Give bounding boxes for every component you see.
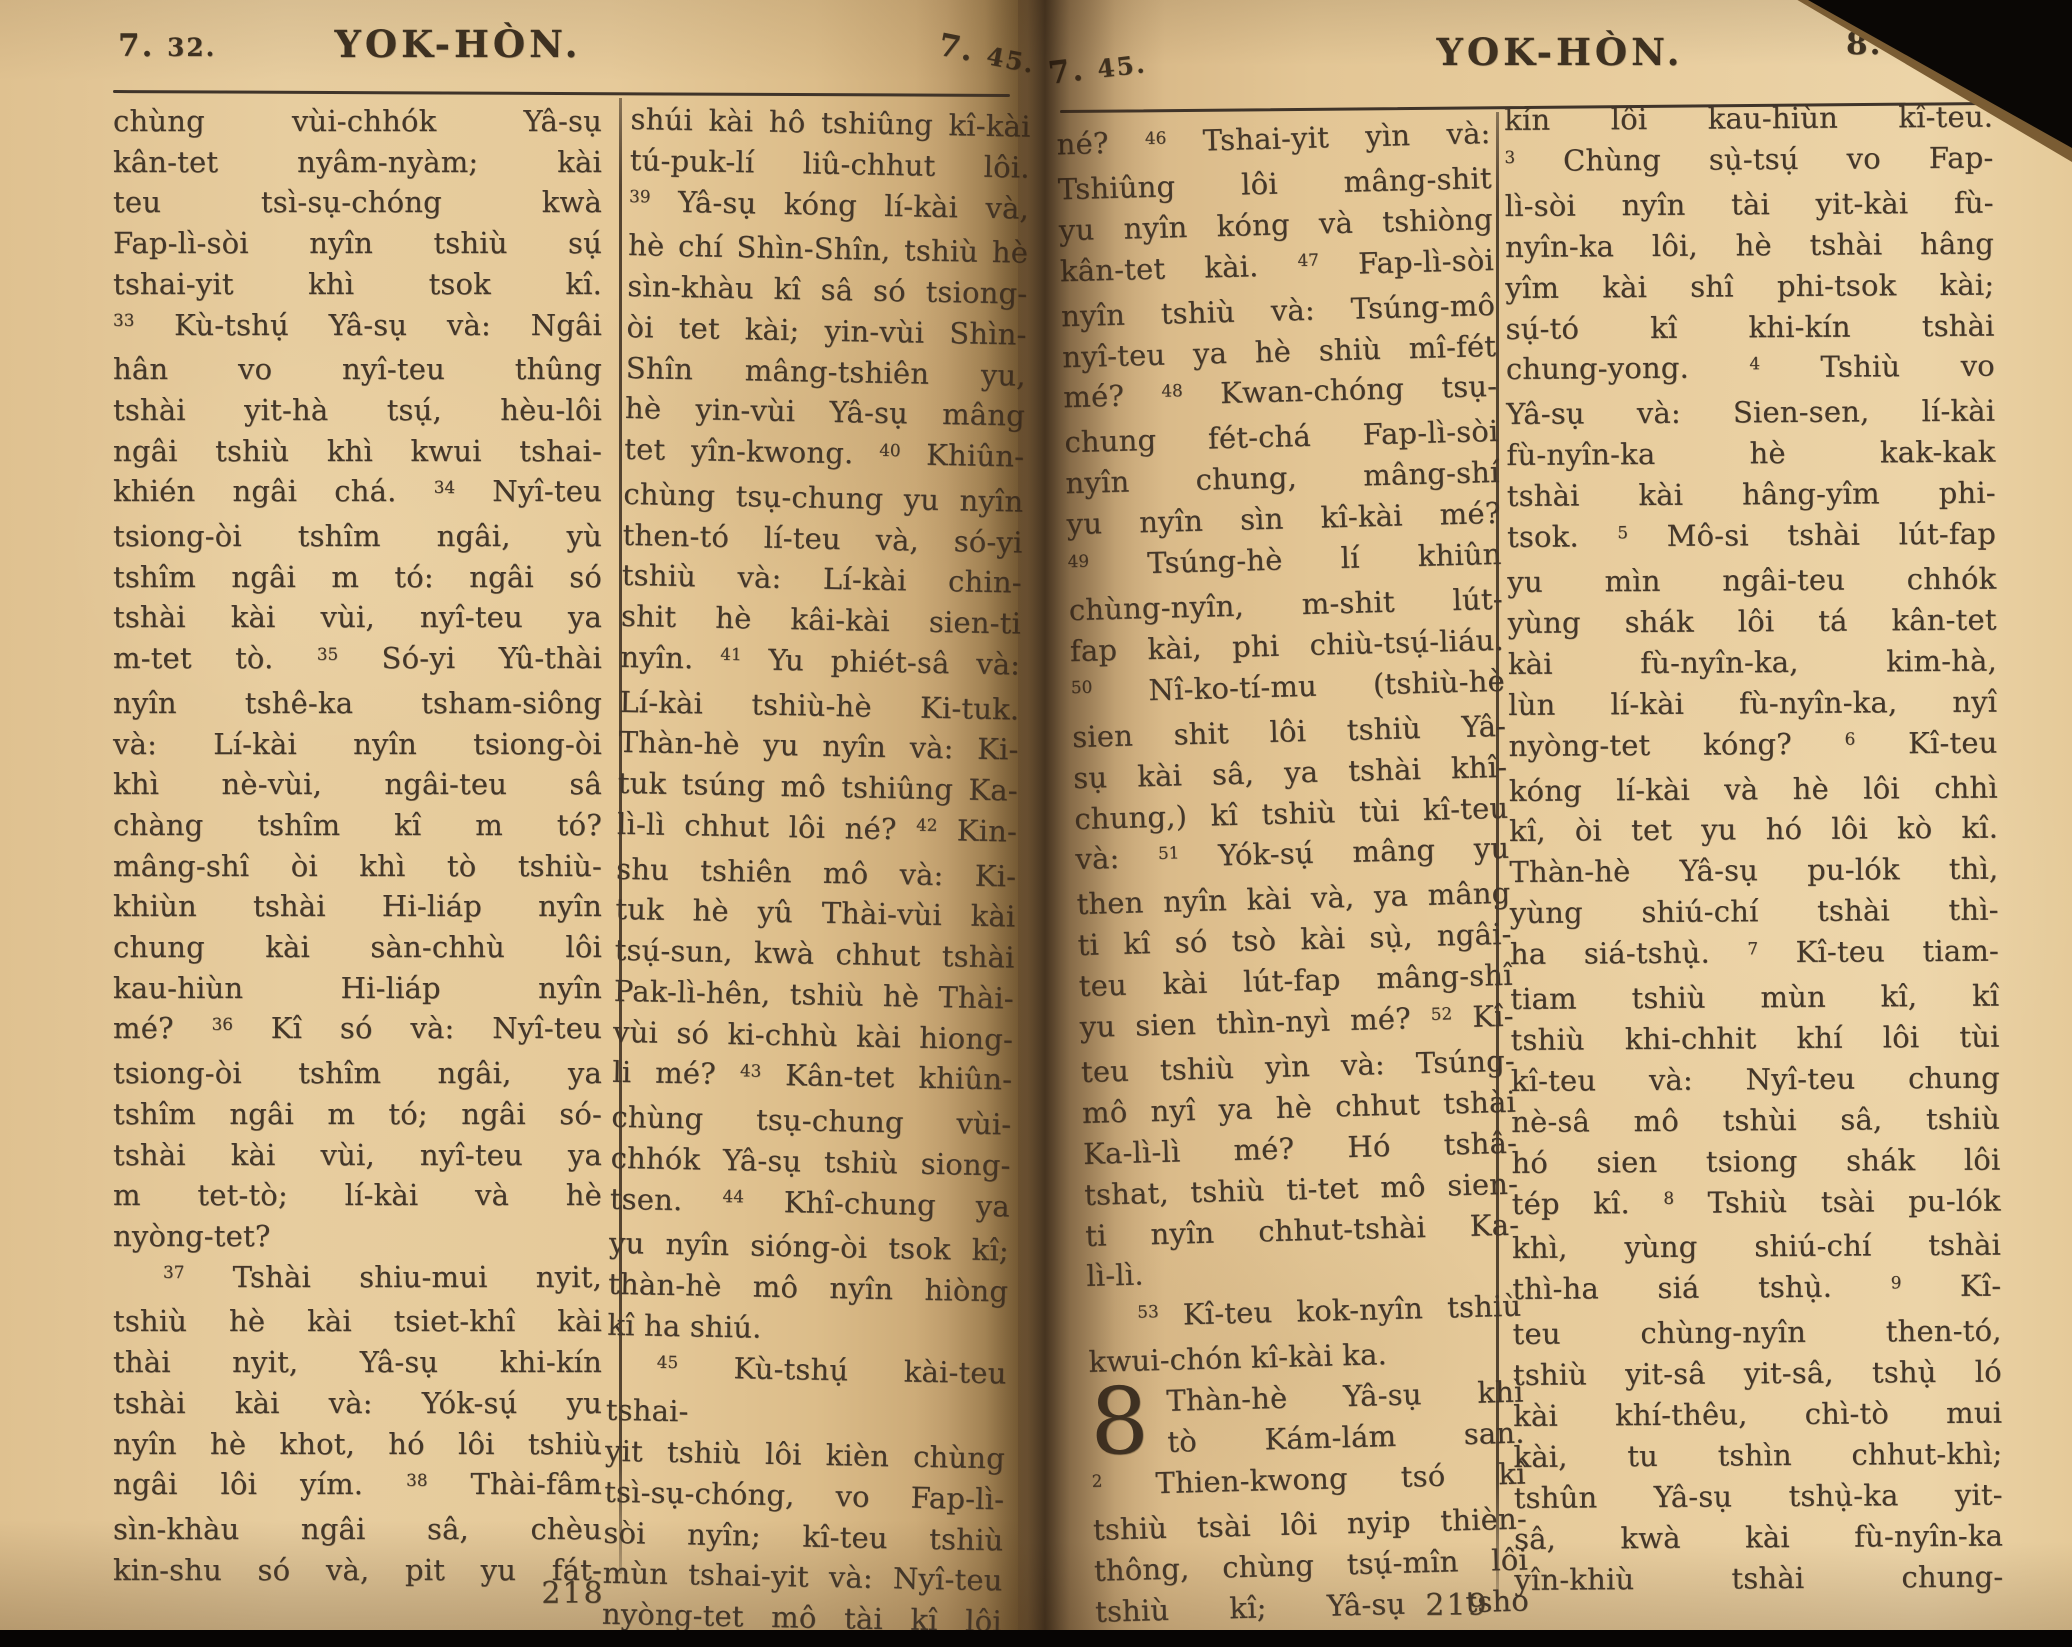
verse-number-marker: 51 bbox=[1158, 842, 1180, 863]
verse-number-marker: 3 bbox=[1504, 146, 1515, 166]
text-line: tsok. 5 Mô-si tshài lút-fap bbox=[1507, 514, 1996, 562]
text-line: kau-hiùn Hi-liáp nyîn bbox=[113, 968, 602, 1009]
right-page-text-column-1: né? 46 Tshai-yit yìn và:Tshiûng lôi mâng… bbox=[1056, 113, 1529, 1633]
text-line: teu chùng-nyîn then-tó, bbox=[1512, 1311, 2001, 1355]
verse-number-marker: 34 bbox=[434, 477, 455, 497]
text-line: tsì-sụ-chóng, vo Fap-lì- bbox=[604, 1471, 1005, 1519]
text-line: khién ngâi chá. 34 Nyî-teu bbox=[113, 471, 602, 516]
text-line: tshài kài vùi, nyî-teu ya bbox=[113, 1135, 602, 1176]
chapter-number: 7. bbox=[935, 27, 978, 69]
verse-number: 32. bbox=[167, 33, 216, 62]
text-line: tshiù yit-sâ yit-sâ, tshụ̀ ló bbox=[1513, 1352, 2002, 1396]
text-line: tép kî. 8 Tshiù tsài pu-lók bbox=[1512, 1180, 2001, 1228]
text-line: kî, òi tet yu hó lôi kò kî. bbox=[1509, 808, 1998, 852]
right-page-number: 219 bbox=[1412, 1588, 1502, 1623]
text-line: Yâ-sụ và: Sien-sen, lí-kài bbox=[1506, 391, 1995, 435]
verse-number-marker: 5 bbox=[1617, 522, 1628, 542]
verse-number-marker: 37 bbox=[163, 1262, 184, 1282]
text-line: sâ, kwà kài fù-nyîn-ka bbox=[1514, 1515, 2003, 1559]
text-line: kî-teu và: Nyî-teu chung bbox=[1511, 1057, 2000, 1101]
text-line: khiùn tshài Hi-liáp nyîn bbox=[113, 886, 602, 927]
text-line: mâng-shî òi khì tò tshiù- bbox=[113, 846, 602, 887]
text-line: tshài kài vùi, nyî-teu ya bbox=[113, 597, 602, 638]
text-line: sìn-khàu ngâi sâ, chèu bbox=[113, 1509, 602, 1550]
verse-number-marker: 48 bbox=[1161, 380, 1183, 401]
text-line: m tet-tò; lí-kài và hè bbox=[113, 1175, 602, 1216]
text-line: chung kài sàn-chhù lôi bbox=[113, 927, 602, 968]
text-line: tshiù hè kài tsiet-khî kài bbox=[113, 1301, 602, 1342]
text-line: chhók Yâ-sụ tshiù siong- bbox=[610, 1138, 1011, 1186]
text-line: thì-ha siá tshụ̀. 9 Kî- bbox=[1512, 1266, 2001, 1314]
verse-number-marker: 46 bbox=[1145, 127, 1167, 148]
right-page-text-column-2: kín lôi kau-hiùn kî-teu.3 Chùng sụ̀-tsụ́… bbox=[1504, 97, 2003, 1601]
text-line: 39 Yâ-sụ kóng lí-kài và, bbox=[629, 180, 1030, 232]
verse-number-marker: 38 bbox=[406, 1470, 427, 1490]
text-line: tet yîn-kwong. 40 Khiûn- bbox=[624, 429, 1025, 481]
text-line: tshûn Yâ-sụ tshụ̀-ka yit- bbox=[1514, 1474, 2003, 1518]
text-line: kín lôi kau-hiùn kî-teu. bbox=[1504, 97, 1993, 141]
left-page-verse-reference-left: 7. 32. bbox=[118, 28, 216, 64]
verse-number-marker: 49 bbox=[1067, 550, 1089, 571]
text-line: 3 Chùng sụ̀-tsụ́ vo Fap- bbox=[1504, 137, 1993, 185]
verse-number-marker: 44 bbox=[722, 1186, 744, 1206]
text-line: tshiù khi-chhit khí lôi tùi bbox=[1510, 1017, 1999, 1061]
text-line: nyîn-ka lôi, hè tshài hâng bbox=[1505, 223, 1994, 267]
text-line: nyòng-tet kóng? 6 Kî-teu bbox=[1508, 722, 1997, 770]
text-line: tiam tshiù mùn kî, kî bbox=[1510, 976, 1999, 1020]
text-line: chàng tshîm kî m tó? bbox=[113, 805, 602, 846]
verse-number-marker: 4 bbox=[1749, 353, 1760, 373]
text-line: yu mìn ngâi-teu chhók bbox=[1507, 559, 1996, 603]
text-line: hó sien tsiong shák lôi bbox=[1511, 1139, 2000, 1183]
left-page-running-title: YOK-HÒN. bbox=[288, 22, 628, 66]
text-line: nyîn hè khot, hó lôi tshiù bbox=[113, 1424, 602, 1465]
text-line: lì-sòi nyîn tài yit-kài fù- bbox=[1505, 182, 1994, 226]
text-line: yîn-khiù tshài chung- bbox=[1514, 1556, 2003, 1600]
verse-number-marker: 50 bbox=[1071, 677, 1093, 698]
text-line: lùn lí-kài fù-nyîn-ka, nyî bbox=[1508, 681, 1997, 725]
left-page-text-column-1: chùng vùi-chhók Yâ-sụkân-tet nyâm-nyàm; … bbox=[113, 101, 602, 1590]
text-line: lì-lì chhut lôi né? 42 Kin- bbox=[617, 804, 1018, 856]
text-line: khì nè-vùi, ngâi-teu sâ bbox=[113, 764, 602, 805]
text-line: ngâi lôi yím. 38 Thài-fâm bbox=[113, 1464, 602, 1509]
text-line: thài nyit, Yâ-sụ khi-kín bbox=[113, 1342, 602, 1383]
text-line: kài khí-thêu, chì-tò mui bbox=[1513, 1393, 2002, 1437]
text-line: nyîn. 41 Yu phiét-sâ và: bbox=[620, 637, 1021, 689]
text-line: 33 Kù-tshụ́ Yâ-sụ và: Ngâi bbox=[113, 305, 602, 350]
text-line: tshài kài hâng-yîm phi- bbox=[1507, 473, 1996, 517]
verse-number-marker: 9 bbox=[1891, 1272, 1902, 1292]
verse-number-marker: 8 bbox=[1663, 1188, 1674, 1208]
text-line: kài fù-nyîn-ka, kim-hà, bbox=[1508, 640, 1997, 684]
text-line: 45 Kù-tshụ́ kài-teu tshai- bbox=[605, 1345, 1007, 1438]
text-line: Thàn-hè Yâ-sụ pu-lók thì, bbox=[1509, 849, 1998, 893]
text-line: chùng tsụ-chung yu nyîn bbox=[623, 474, 1024, 522]
verse-number-marker: 6 bbox=[1845, 729, 1856, 749]
text-line: tshîm ngâi m tó: ngâi só bbox=[113, 557, 602, 598]
text-line: nè-sâ mô tshùi sâ, tshiù bbox=[1511, 1098, 2000, 1142]
verse-number-marker: 39 bbox=[629, 186, 651, 206]
verse-number-marker: 35 bbox=[317, 644, 338, 664]
text-line: yùng shiú-chí tshài thì- bbox=[1510, 890, 1999, 934]
verse-number-marker: 52 bbox=[1431, 1003, 1453, 1024]
text-line: nyîn tshê-ka tsham-siông bbox=[113, 683, 602, 724]
text-line: yîm kài shî phi-tsok kài; bbox=[1505, 264, 1994, 308]
text-line: òi tet kài; yin-vùi Shìn- bbox=[626, 307, 1027, 355]
text-line: m-tet tò. 35 Só-yi Yû-thài bbox=[113, 638, 602, 683]
verse-number-marker: 53 bbox=[1137, 1301, 1159, 1322]
verse-number-marker: 7 bbox=[1747, 938, 1758, 958]
verse-number-marker: 45 bbox=[657, 1352, 679, 1372]
text-line: chùng vùi-chhók Yâ-sụ bbox=[113, 101, 602, 142]
scanner-background-bottom bbox=[0, 1630, 2072, 1647]
text-line: li mé? 43 Kân-tet khiûn- bbox=[612, 1052, 1013, 1104]
text-line: tshai-yit khì tsok kî. bbox=[113, 264, 602, 305]
text-line: 37 Tshài shiu-mui nyit, bbox=[113, 1257, 602, 1302]
right-page-running-title: YOK-HÒN. bbox=[1390, 30, 1730, 74]
text-line: tú-puk-lí liû-chhut lôi. bbox=[629, 140, 1030, 188]
text-line: teu tsì-sụ-chóng kwà bbox=[113, 182, 602, 223]
text-line: mé? 36 Kî só và: Nyî-teu bbox=[113, 1008, 602, 1053]
text-line: tsen. 44 Khî-chung ya bbox=[609, 1178, 1010, 1230]
text-line: kî ha shiú. bbox=[607, 1305, 1008, 1353]
left-page-text-column-2: shúi kài hô tshiûng kî-kàitú-puk-lí liû-… bbox=[602, 99, 1031, 1642]
text-line: fù-nyîn-ka hè kak-kak bbox=[1506, 432, 1995, 476]
left-page-number: 218 bbox=[528, 1576, 618, 1611]
verse-number-marker: 43 bbox=[740, 1060, 762, 1080]
text-line: tshîm ngâi m tó; ngâi só- bbox=[113, 1094, 602, 1135]
text-line: chung-yong. 4 Tshiù vo bbox=[1506, 346, 1995, 394]
text-line: hân vo nyî-teu thûng bbox=[113, 349, 602, 390]
text-line: tshài yit-hà tsụ́, hèu-lôi bbox=[113, 390, 602, 431]
text-line: kóng lí-kài và hè lôi chhì bbox=[1509, 767, 1998, 811]
verse-number-marker: 40 bbox=[879, 439, 901, 459]
text-line: yùng shák lôi tá kân-tet bbox=[1508, 599, 1997, 643]
text-line: tsiong-òi tshîm ngâi, ya bbox=[113, 1053, 602, 1094]
text-line: tshài kài và: Yók-sụ́ yu bbox=[113, 1383, 602, 1424]
text-line: kân-tet nyâm-nyàm; kài bbox=[113, 142, 602, 183]
chapter-number: 7. bbox=[118, 28, 154, 64]
chapter-number: 7. bbox=[1046, 52, 1086, 92]
chapter-number-drop-cap: 8 bbox=[1089, 1383, 1150, 1466]
verse-number-marker: 2 bbox=[1091, 1470, 1102, 1490]
book-scan: 7. 32. YOK-HÒN. 7. 45. 7. 45. YOK-HÒN. 8… bbox=[0, 0, 2072, 1647]
text-line: ha siá-tshụ̀. 7 Kî-teu tiam- bbox=[1510, 931, 1999, 979]
verse-number: 45. bbox=[984, 41, 1038, 79]
text-line: nyòng-tet? bbox=[113, 1216, 602, 1257]
text-line: khì, yùng shiú-chí tshài bbox=[1512, 1225, 2001, 1269]
verse-number-marker: 42 bbox=[916, 815, 938, 835]
text-line: sụ́-tó kî khi-kín tshài bbox=[1505, 305, 1994, 349]
text-line: tsiong-òi tshîm ngâi, yù bbox=[113, 516, 602, 557]
text-line: ngâi tshiù khì kwui tshai- bbox=[113, 431, 602, 472]
verse-number-marker: 41 bbox=[720, 644, 742, 664]
verse-number-marker: 36 bbox=[212, 1014, 233, 1034]
verse-number: 45. bbox=[1096, 49, 1148, 84]
chapter-start: 8Thàn-hè Yâ-sụ khìtò Kám-lám san. bbox=[1089, 1372, 1525, 1465]
verse-number-marker: 33 bbox=[113, 310, 134, 330]
text-line: Pak-lì-hên, tshiù hè Thài- bbox=[613, 971, 1014, 1019]
text-line: kài, tu tshìn chhut-khì; bbox=[1513, 1434, 2002, 1478]
verse-number-marker: 47 bbox=[1297, 250, 1319, 271]
text-line: và: Lí-kài nyîn tsiong-òi bbox=[113, 724, 602, 765]
text-line: Fap-lì-sòi nyîn tshiù sụ́ bbox=[113, 223, 602, 264]
